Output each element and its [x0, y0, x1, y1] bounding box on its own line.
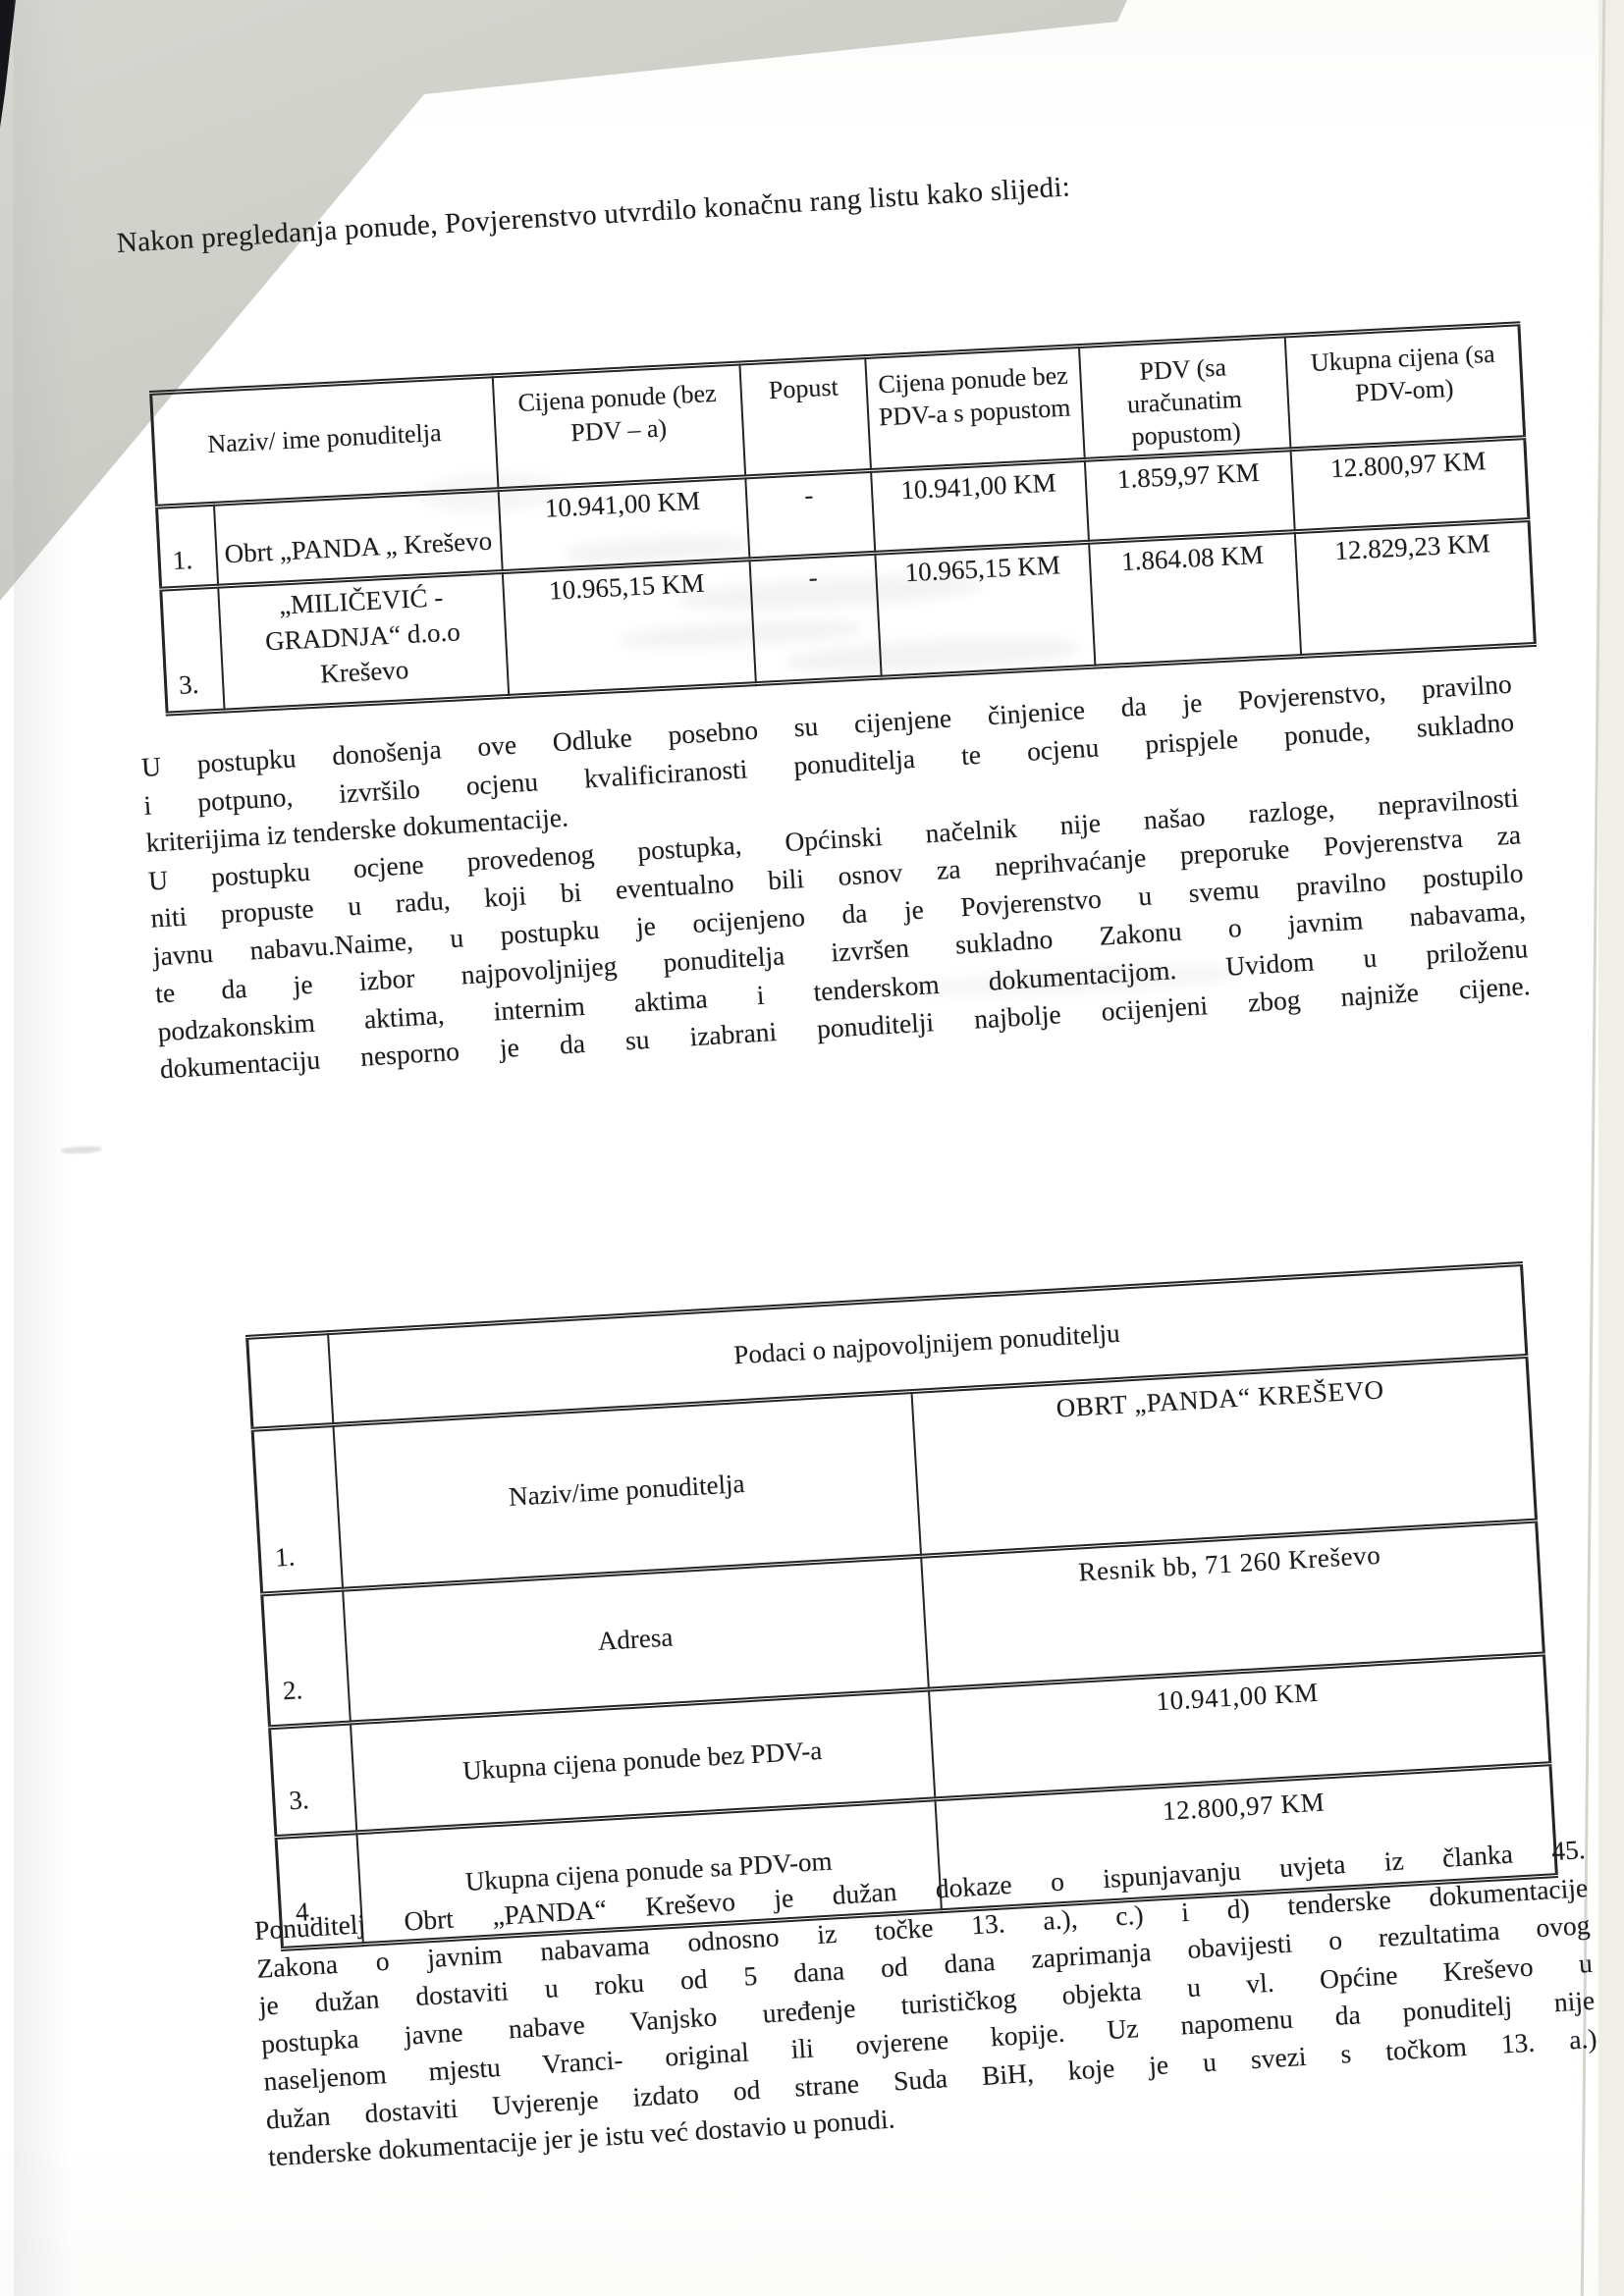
vat-cell: 1.864.08 KM	[1089, 532, 1301, 667]
header-total: Ukupna cijena (sa PDV-om)	[1284, 324, 1525, 450]
header-price-discounted: Cijena ponude bez PDV-a s popustom	[865, 347, 1085, 471]
price-discounted-cell: 10.941,00 KM	[871, 459, 1089, 553]
bidder-name-cell: Obrt „PANDA „ Kreševo	[213, 490, 502, 587]
total-cell: 12.829,23 KM	[1294, 520, 1535, 657]
decision-paragraph: U postupku donošenja ove Odluke posebno …	[140, 666, 1532, 1089]
bidder-name-cell: „MILIČEVIĆ - GRADNJA“ d.o.o Kreševo	[218, 572, 509, 712]
document-page: Nakon pregledanja ponude, Povjerenstvo u…	[0, 0, 1624, 2296]
row-number-cell: 2.	[262, 1589, 351, 1727]
price-discounted-cell: 10.965,15 KM	[875, 542, 1095, 677]
header-bidder-name: Naziv/ ime ponuditelja	[151, 376, 498, 507]
price-no-vat-cell: 10.965,15 KM	[502, 560, 755, 697]
row-number-cell: 3.	[270, 1723, 356, 1838]
rank-cell: 1.	[156, 504, 217, 589]
total-cell: 12.800,97 KM	[1290, 438, 1529, 532]
header-vat: PDV (sa uračunatim popustom)	[1078, 336, 1290, 459]
discount-cell: -	[745, 470, 875, 559]
price-no-vat-cell: 10.941,00 KM	[498, 477, 749, 572]
row-label-cell: Naziv/ime ponuditelja	[333, 1392, 921, 1590]
header-price-no-vat: Cijena ponude (bez PDV – a)	[492, 363, 745, 490]
empty-cell	[247, 1333, 333, 1430]
rank-cell: 3.	[161, 586, 224, 714]
discount-cell: -	[749, 553, 881, 683]
vat-cell: 1.859,97 KM	[1084, 450, 1294, 543]
header-discount: Popust	[739, 357, 871, 477]
ranking-table: Naziv/ ime ponuditelja Cijena ponude (be…	[149, 321, 1537, 716]
row-number-cell: 1.	[252, 1425, 343, 1594]
page-right-edge-strip	[1598, 0, 1624, 2296]
ranking-table-block: Naziv/ ime ponuditelja Cijena ponude (be…	[149, 321, 1537, 716]
